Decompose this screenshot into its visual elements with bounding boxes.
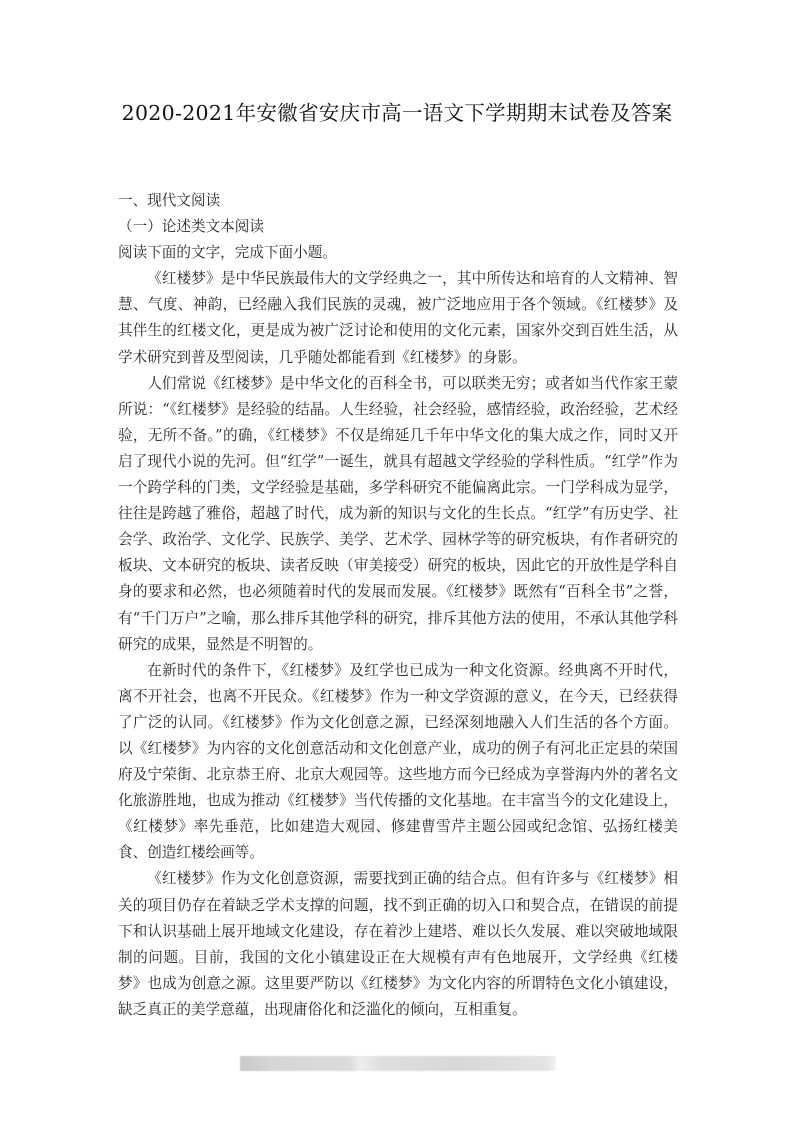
paragraph-2: 人们常说《红楼梦》是中华文化的百科全书，可以联类无穷；或者如当代作家王蒙所说：“… bbox=[118, 371, 678, 658]
subsection-heading: （一）论述类文本阅读 bbox=[118, 214, 678, 240]
paragraph-1: 《红楼梦》是中华民族最伟大的文学经典之一，其中所传达和培育的人文精神、智慧、气度… bbox=[118, 266, 678, 370]
document-title: 2020-2021年安徽省安庆市高一语文下学期期末试卷及答案 bbox=[0, 96, 794, 126]
paragraph-4: 《红楼梦》作为文化创意资源，需要找到正确的结合点。但有许多与《红楼梦》相关的项目… bbox=[118, 866, 678, 1023]
instruction-text: 阅读下面的文字，完成下面小题。 bbox=[118, 240, 678, 266]
document-body: 一、现代文阅读 （一）论述类文本阅读 阅读下面的文字，完成下面小题。 《红楼梦》… bbox=[118, 188, 678, 1023]
blurred-footer-watermark bbox=[240, 1056, 556, 1071]
paragraph-3: 在新时代的条件下，《红楼梦》及红学也已成为一种文化资源。经典离不开时代，离不开社… bbox=[118, 658, 678, 867]
section-heading: 一、现代文阅读 bbox=[118, 188, 678, 214]
